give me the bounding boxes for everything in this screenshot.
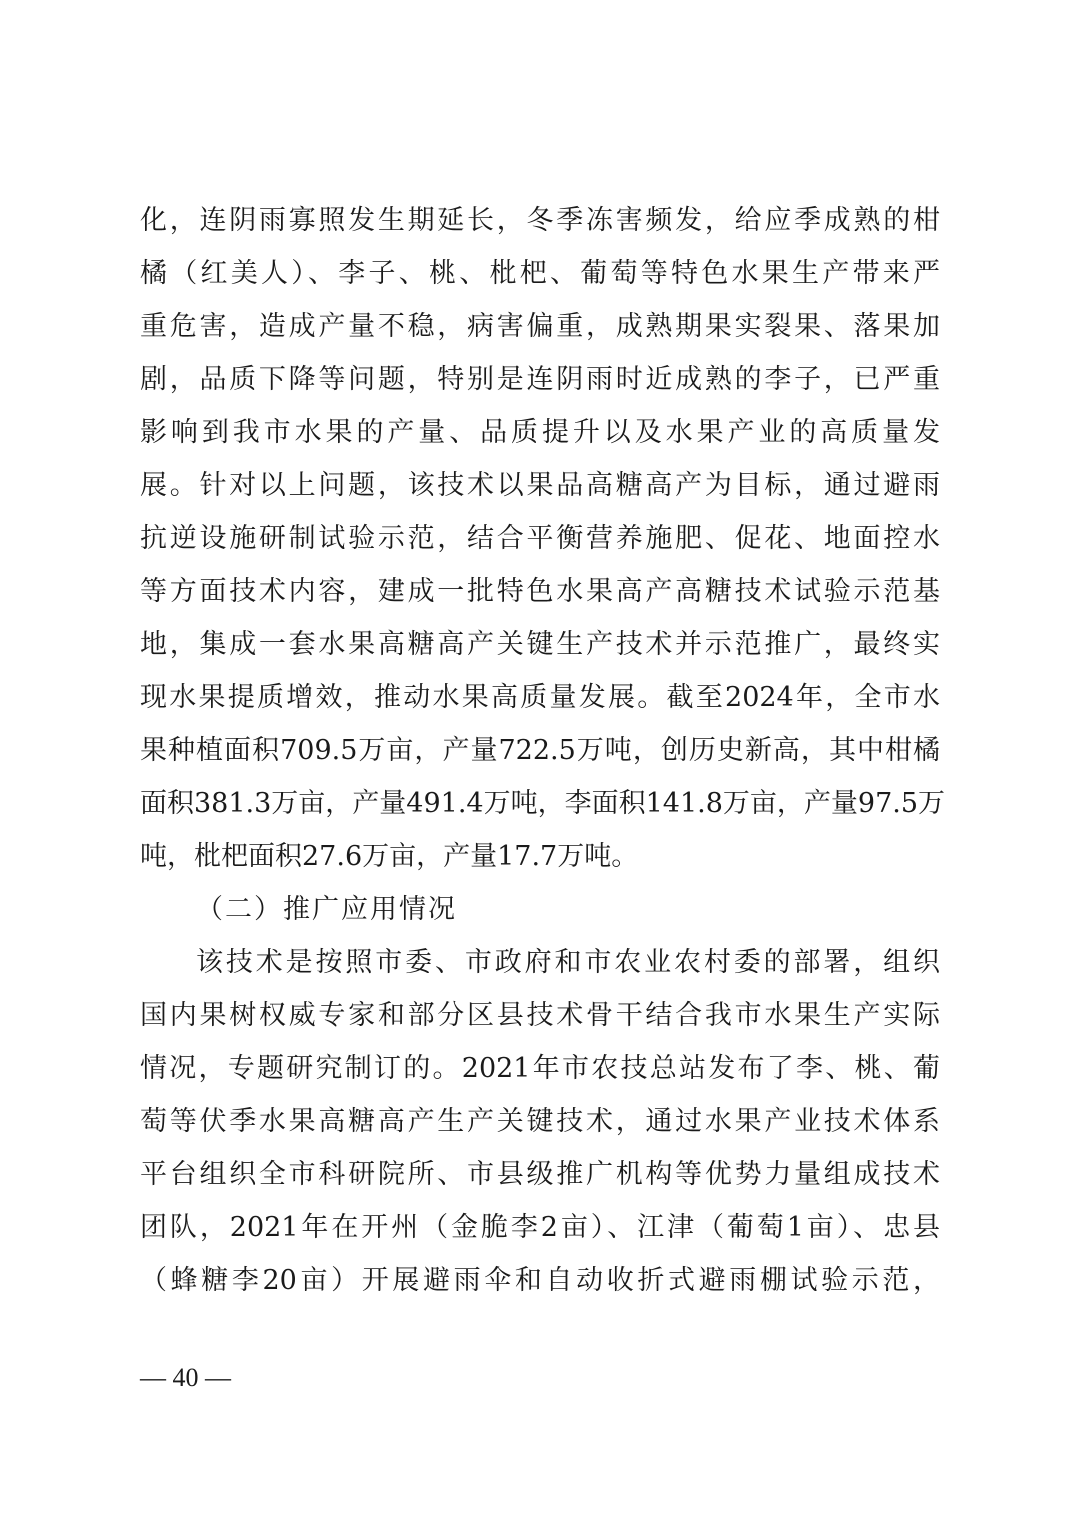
text-line: 化，连阴雨寡照发生期延长，冬季冻害频发，给应季成熟的柑 xyxy=(140,201,940,241)
page-number: — 40 — xyxy=(140,1360,231,1396)
text-line: 现水果提质增效，推动水果高质量发展。截至2024年，全市水 xyxy=(140,678,940,718)
text-line: 等方面技术内容，建成一批特色水果高产高糖技术试验示范基 xyxy=(140,572,940,612)
text-line: 果种植面积709.5万亩，产量722.5万吨，创历史新高，其中柑橘 xyxy=(140,731,940,771)
text-line: 团队，2021年在开州（金脆李2亩）、江津（葡萄1亩）、忠县 xyxy=(140,1208,940,1248)
text-line: 该技术是按照市委、市政府和市农业农村委的部署，组织 xyxy=(196,943,940,983)
text-line: 国内果树权威专家和部分区县技术骨干结合我市水果生产实际 xyxy=(140,996,940,1036)
text-line: 地，集成一套水果高糖高产关键生产技术并示范推广，最终实 xyxy=(140,625,940,665)
text-line: 吨，枇杷面积27.6万亩，产量17.7万吨。 xyxy=(140,837,940,877)
text-line: 影响到我市水果的产量、品质提升以及水果产业的高质量发 xyxy=(140,413,940,453)
text-line: 抗逆设施研制试验示范，结合平衡营养施肥、促花、地面控水 xyxy=(140,519,940,559)
text-line: （蜂糖李20亩）开展避雨伞和自动收折式避雨棚试验示范， xyxy=(140,1261,940,1301)
text-line: 平台组织全市科研院所、市县级推广机构等优势力量组成技术 xyxy=(140,1155,940,1195)
text-line: 重危害，造成产量不稳，病害偏重，成熟期果实裂果、落果加 xyxy=(140,307,940,347)
text-line: 萄等伏季水果高糖高产生产关键技术，通过水果产业技术体系 xyxy=(140,1102,940,1142)
text-line: 剧，品质下降等问题，特别是连阴雨时近成熟的李子，已严重 xyxy=(140,360,940,400)
document-page: 化，连阴雨寡照发生期延长，冬季冻害频发，给应季成熟的柑 橘（红美人）、李子、桃、… xyxy=(0,0,1074,1520)
text-line: 橘（红美人）、李子、桃、枇杷、葡萄等特色水果生产带来严 xyxy=(140,254,940,294)
section-heading: （二）推广应用情况 xyxy=(196,890,457,930)
text-line: 情况，专题研究制订的。2021年市农技总站发布了李、桃、葡 xyxy=(140,1049,940,1089)
text-line: 展。针对以上问题，该技术以果品高糖高产为目标，通过避雨 xyxy=(140,466,940,506)
text-line: 面积381.3万亩，产量491.4万吨，李面积141.8万亩，产量97.5万 xyxy=(140,784,940,824)
